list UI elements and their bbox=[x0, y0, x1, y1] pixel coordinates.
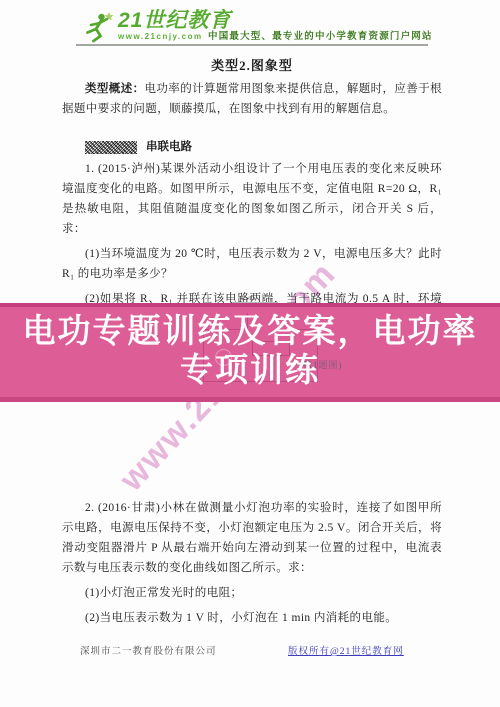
site-tagline: 中国最大型、最专业的中小学教育资源门户网站 bbox=[208, 28, 433, 42]
runner-icon bbox=[82, 10, 116, 44]
document-page: 21世纪教育 www.21cnjy.com 中国最大型、最专业的中小学教育资源门… bbox=[0, 0, 500, 707]
site-header: 21世纪教育 www.21cnjy.com 中国最大型、最专业的中小学教育资源门… bbox=[0, 0, 500, 50]
title-banner: (第1题图) 电功专题训练及答案，电功率 专项训练 bbox=[0, 303, 500, 402]
banner-top-edge bbox=[0, 303, 500, 307]
figure-axis-label: R₁/Ω bbox=[241, 295, 254, 302]
footer-company: 深圳市二一教育股份有限公司 bbox=[80, 643, 217, 657]
question-1-part1: (1)当环境温度为 20 ℃时，电压表示数为 2 V，电源电压多大？此时 R₁ … bbox=[62, 244, 442, 284]
scrambled-stamp bbox=[85, 141, 137, 154]
document-body-bottom: 2. (2016·甘肃)小林在做测量小灯泡功率的实验时，连接了如图甲所示电路，电… bbox=[62, 490, 442, 628]
banner-title-line1: 电功专题训练及答案，电功率 bbox=[0, 311, 500, 350]
question-2-part2: (2)当电压表示数为 1 V 时，小灯泡在 1 min 内消耗的电能。 bbox=[62, 608, 442, 628]
question-2-text: 2. (2016·甘肃)小林在做测量小灯泡功率的实验时，连接了如图甲所示电路，电… bbox=[62, 498, 442, 578]
section-title: 类型2.图象型 bbox=[62, 58, 442, 74]
banner-title: 电功专题训练及答案，电功率 专项训练 bbox=[0, 311, 500, 389]
document-body-top: 类型2.图象型 类型概述：电功率的计算题常用图象来提供信息，解题时，应善于根据题… bbox=[62, 58, 442, 329]
footer-copyright-link[interactable]: 版权所有@21世纪教育网 bbox=[288, 643, 404, 657]
overview-label: 类型概述： bbox=[85, 83, 145, 95]
figure-fragment-line bbox=[207, 292, 208, 303]
banner-bottom-edge bbox=[0, 397, 500, 402]
banner-title-line2: 专项训练 bbox=[0, 350, 500, 389]
subsection-heading: 串联电路 bbox=[85, 140, 442, 154]
overview-paragraph: 类型概述：电功率的计算题常用图象来提供信息，解题时，应善于根据题中要求的问题，顺… bbox=[62, 79, 442, 119]
question-1-text: 1. (2015·泸州)某课外活动小组设计了一个用电压表的变化来反映环境温度变化… bbox=[62, 159, 442, 239]
page-footer: 深圳市二一教育股份有限公司 版权所有@21世纪教育网 bbox=[0, 641, 500, 661]
header-divider bbox=[76, 44, 428, 46]
subsection-title: 串联电路 bbox=[146, 140, 192, 154]
question-2-part1: (1)小灯泡正常发光时的电阻； bbox=[62, 583, 442, 603]
